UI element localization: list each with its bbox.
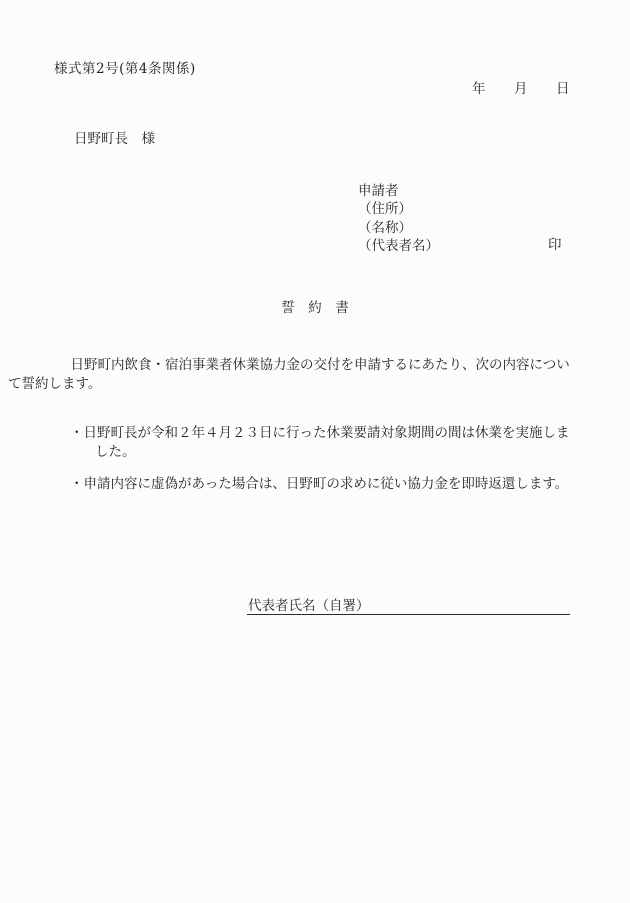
applicant-name-label: （名称） [358,219,439,237]
seal-mark: 印 [548,236,562,255]
pledge-item-line: ・日野町長が令和２年４月２３日に行った休業要請対象期間の間は休業を実施しま [70,424,570,443]
pledge-item-line: した。 [95,443,570,462]
pledge-intro-paragraph: 日野町内飲食・宿泊事業者休業協力金の交付を申請するにあたり、次の内容につい て誓… [0,356,570,394]
addressee-line: 日野町長 様 [74,130,155,149]
applicant-title: 申請者 [358,182,439,200]
document-title: 誓 約 書 [0,299,630,318]
applicant-representative-label: （代表者名） [358,237,439,255]
date-line: 年 月 日 [472,80,570,99]
pledge-item: ・日野町長が令和２年４月２３日に行った休業要請対象期間の間は休業を実施しま した… [70,424,570,462]
pledge-intro-line: 日野町内飲食・宿泊事業者休業協力金の交付を申請するにあたり、次の内容につい [57,356,570,375]
applicant-block: 申請者 （住所） （名称） （代表者名） [358,182,439,256]
pledge-document-page: 様式第2号(第4条関係) 年 月 日 日野町長 様 申請者 （住所） （名称） … [0,0,630,903]
signature-label: 代表者氏名（自署） [247,598,370,614]
form-number: 様式第2号(第4条関係) [54,60,196,79]
signature-line: 代表者氏名（自署） [247,598,570,615]
pledge-item: ・申請内容に虚偽があった場合は、日野町の求めに従い協力金を即時返還します。 [70,475,568,494]
pledge-item-line: ・申請内容に虚偽があった場合は、日野町の求めに従い協力金を即時返還します。 [70,475,568,494]
applicant-address-label: （住所） [358,200,439,218]
pledge-intro-line: て誓約します。 [8,375,570,394]
